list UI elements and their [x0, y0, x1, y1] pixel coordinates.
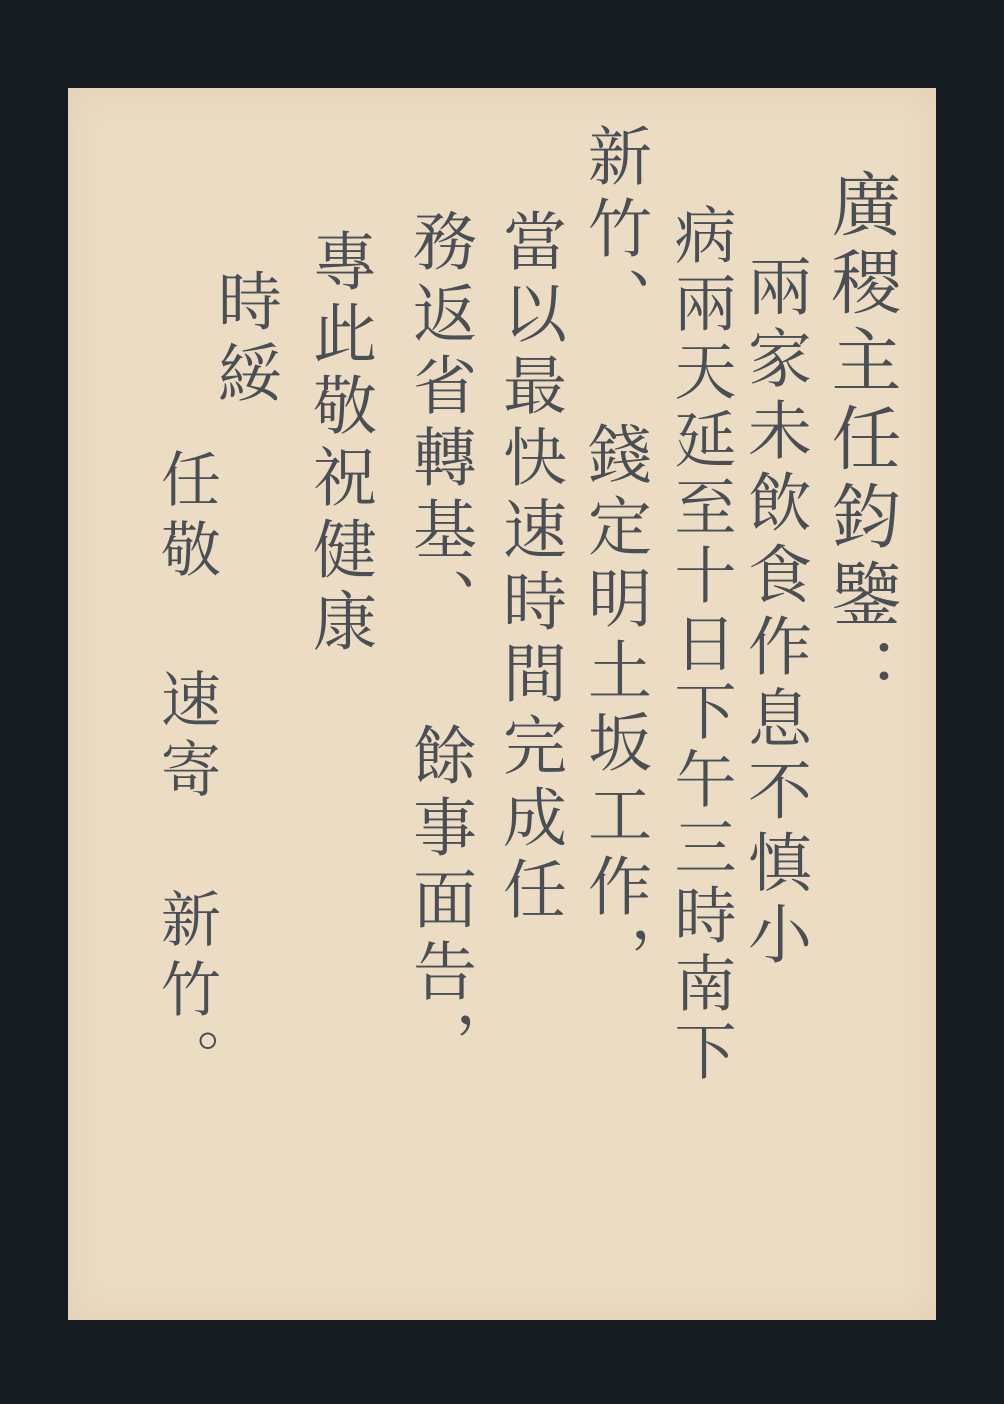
letter-column-5: 當以最快速時間完成任: [497, 208, 561, 928]
letter-column-4: 新竹、 錢定明土坂工作，: [582, 123, 646, 997]
letter-column-3: 病兩天延至十日下午三時南下: [669, 203, 731, 1087]
letter-column-8: 時綏: [212, 268, 276, 412]
letter-column-2: 兩家未飲食作息不慎小: [742, 253, 806, 973]
letter-column-1: 廣稷主任鈞鑒：: [826, 168, 896, 714]
letter-column-6: 務返省轉基、 餘事面告，: [407, 208, 471, 1082]
letter-card: 廣稷主任鈞鑒： 兩家未飲食作息不慎小 病兩天延至十日下午三時南下 新竹、 錢定明…: [68, 88, 936, 1320]
letter-column-7: 專此敬祝健康: [307, 228, 371, 660]
signature: 任敬 速寄 新竹。: [156, 448, 216, 1098]
